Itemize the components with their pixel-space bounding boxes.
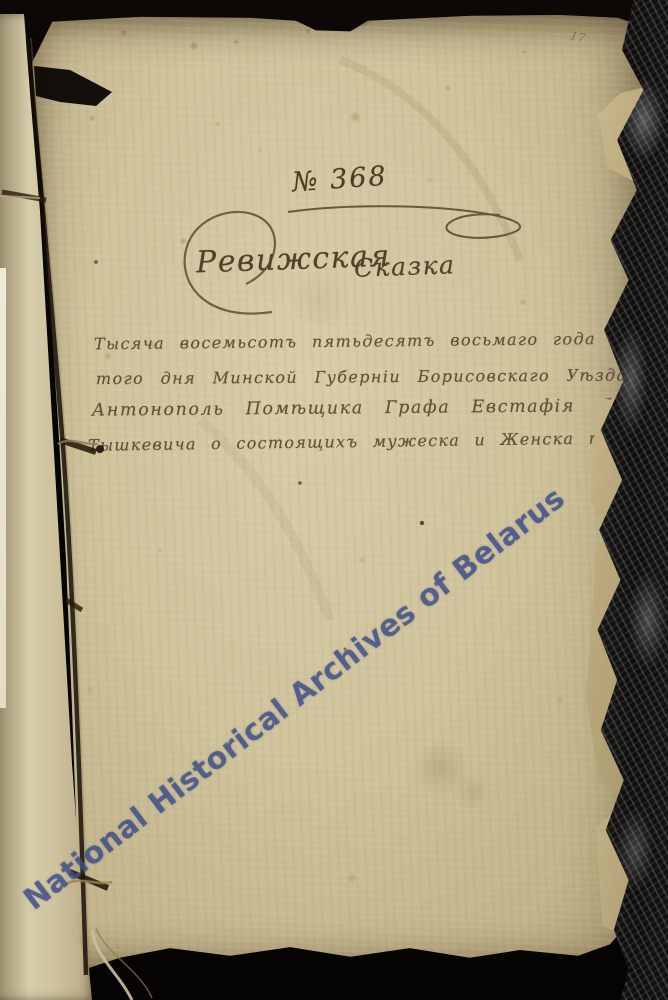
stain <box>189 41 199 51</box>
stain <box>257 147 263 153</box>
stain <box>179 237 187 245</box>
stain <box>215 121 221 127</box>
stain <box>233 39 239 45</box>
pencil-page-number: 17 <box>569 29 587 46</box>
archival-scan-photo: № 368 Ревижская Сказка Тысяча восемьсотъ… <box>0 0 668 1000</box>
stain <box>426 176 434 184</box>
stain <box>290 270 350 330</box>
page-curl-shadow <box>296 10 380 32</box>
stain <box>157 547 163 553</box>
stain <box>88 114 96 122</box>
stain <box>444 84 452 92</box>
stain <box>454 774 490 810</box>
stain <box>358 556 366 564</box>
document-title-word: Сказка <box>354 250 456 283</box>
stain <box>521 49 527 55</box>
stain <box>519 298 527 306</box>
stain <box>86 686 94 694</box>
stain <box>556 696 564 704</box>
document-body-line: того дня Минской Губерніи Борисовскаго У… <box>96 365 668 388</box>
stain <box>120 29 128 37</box>
stain <box>347 873 357 883</box>
stain <box>349 111 361 123</box>
